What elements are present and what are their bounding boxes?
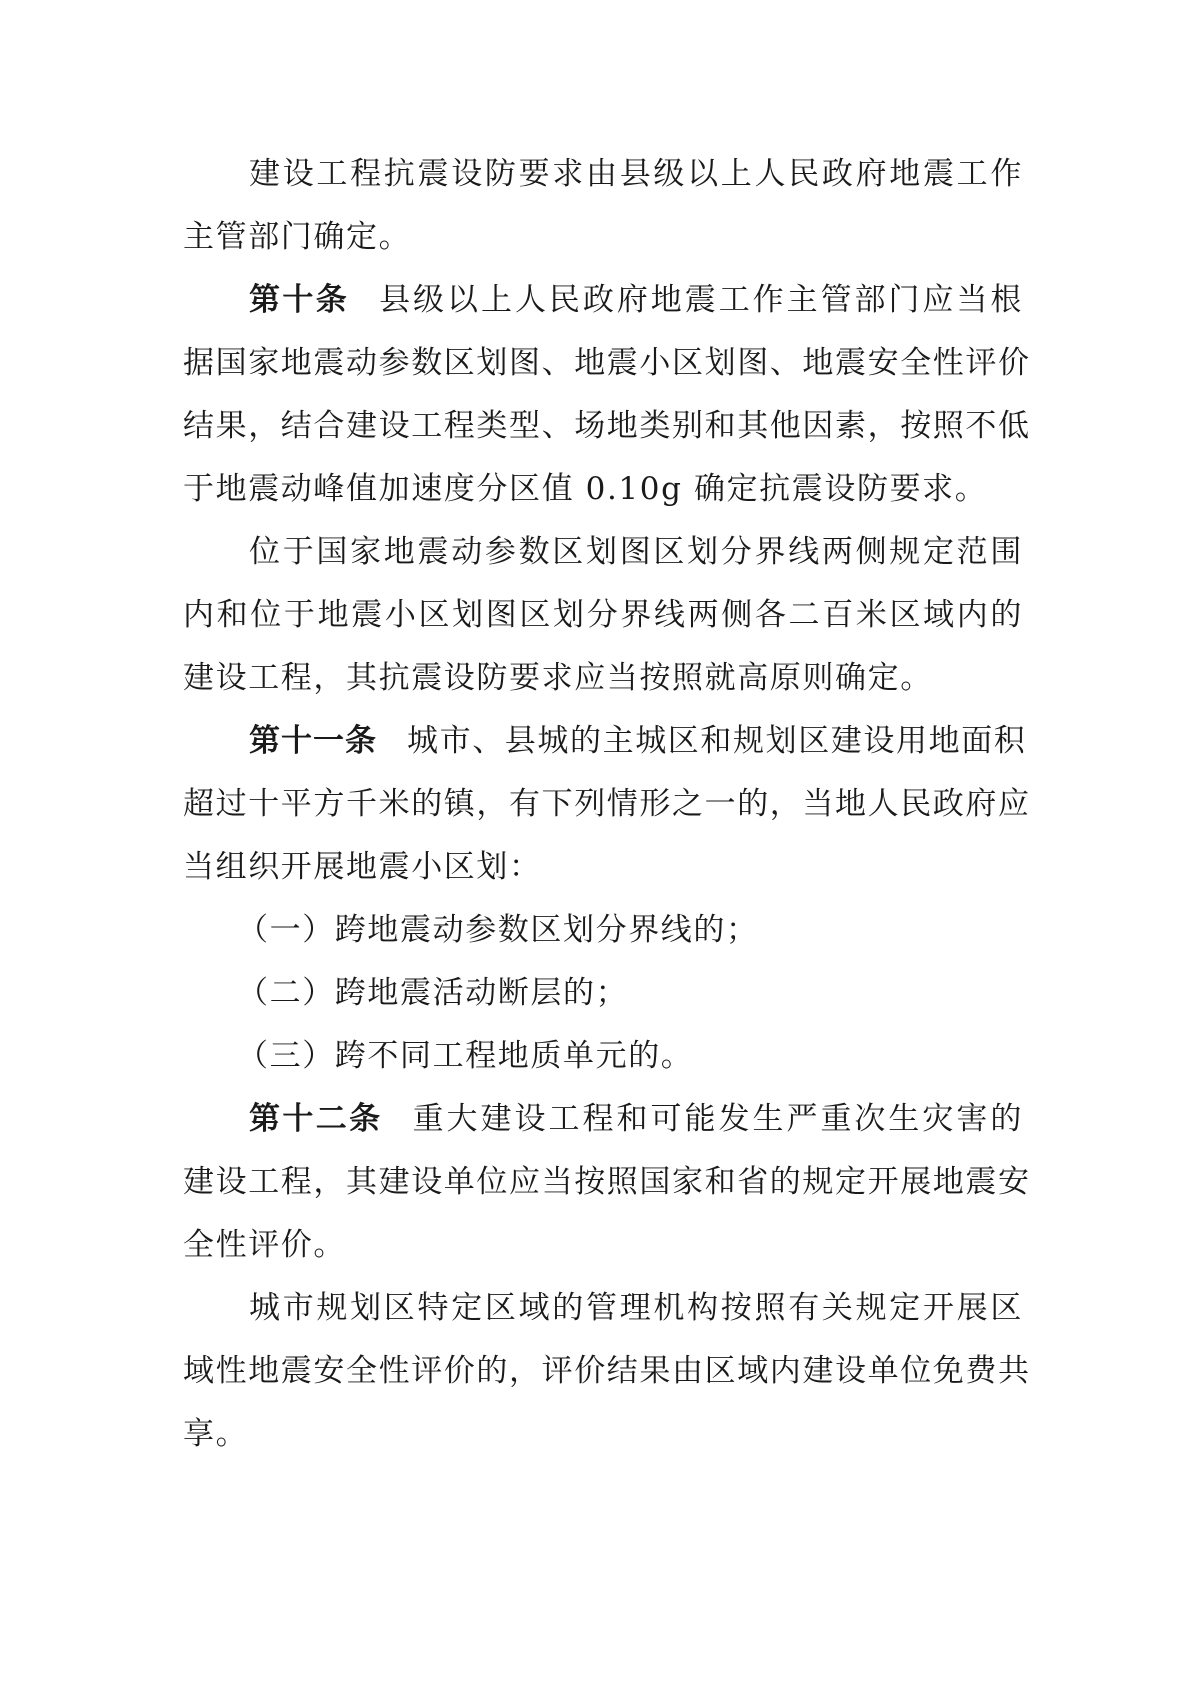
text-line: （一）跨地震动参数区划分界线的； — [183, 899, 1023, 962]
article-number: 第十条 — [249, 282, 349, 318]
article-11: 第十一条城市、县城的主城区和规划区建设用地面积 超过十平方千米的镇，有下列情形之… — [183, 710, 1023, 899]
text-line: 当组织开展地震小区划： — [183, 836, 1023, 899]
text-line: 城市规划区特定区域的管理机构按照有关规定开展区 — [183, 1277, 1023, 1340]
text-line: 享。 — [183, 1403, 1023, 1466]
text-line: 第十条县级以上人民政府地震工作主管部门应当根 — [183, 269, 1023, 332]
paragraph-regional-evaluation: 城市规划区特定区域的管理机构按照有关规定开展区 域性地震安全性评价的，评价结果由… — [183, 1277, 1023, 1466]
article-text: 重大建设工程和可能发生严重次生灾害的 — [413, 1101, 1023, 1137]
article-10: 第十条县级以上人民政府地震工作主管部门应当根 据国家地震动参数区划图、地震小区划… — [183, 269, 1023, 521]
paragraph-boundary-zones: 位于国家地震动参数区划图区划分界线两侧规定范围 内和位于地震小区划图区划分界线两… — [183, 521, 1023, 710]
article-text: 城市、县城的主城区和规划区建设用地面积 — [407, 723, 1026, 759]
text-line: 据国家地震动参数区划图、地震小区划图、地震安全性评价 — [183, 332, 1023, 395]
text-line: 第十二条重大建设工程和可能发生严重次生灾害的 — [183, 1088, 1023, 1151]
text-line: 域性地震安全性评价的，评价结果由区域内建设单位免费共 — [183, 1340, 1023, 1403]
article-number: 第十二条 — [249, 1101, 383, 1137]
text-line: （二）跨地震活动断层的； — [183, 962, 1023, 1025]
text-line: 超过十平方千米的镇，有下列情形之一的，当地人民政府应 — [183, 773, 1023, 836]
document-page: 建设工程抗震设防要求由县级以上人民政府地震工作 主管部门确定。 第十条县级以上人… — [183, 143, 1023, 1466]
list-item-3: （三）跨不同工程地质单元的。 — [183, 1025, 1023, 1088]
text-line: 内和位于地震小区划图区划分界线两侧各二百米区域内的 — [183, 584, 1023, 647]
text-line: 建设工程，其建设单位应当按照国家和省的规定开展地震安 — [183, 1151, 1023, 1214]
paragraph-seismic-requirement-authority: 建设工程抗震设防要求由县级以上人民政府地震工作 主管部门确定。 — [183, 143, 1023, 269]
article-number: 第十一条 — [249, 723, 377, 759]
text-line: 建设工程，其抗震设防要求应当按照就高原则确定。 — [183, 647, 1023, 710]
text-line: （三）跨不同工程地质单元的。 — [183, 1025, 1023, 1088]
text-line: 结果，结合建设工程类型、场地类别和其他因素，按照不低 — [183, 395, 1023, 458]
list-item-2: （二）跨地震活动断层的； — [183, 962, 1023, 1025]
text-line: 于地震动峰值加速度分区值 0.10g 确定抗震设防要求。 — [183, 458, 1023, 521]
text-line: 全性评价。 — [183, 1214, 1023, 1277]
text-line: 建设工程抗震设防要求由县级以上人民政府地震工作 — [183, 143, 1023, 206]
text-line: 位于国家地震动参数区划图区划分界线两侧规定范围 — [183, 521, 1023, 584]
text-line: 第十一条城市、县城的主城区和规划区建设用地面积 — [183, 710, 1023, 773]
article-12: 第十二条重大建设工程和可能发生严重次生灾害的 建设工程，其建设单位应当按照国家和… — [183, 1088, 1023, 1277]
list-item-1: （一）跨地震动参数区划分界线的； — [183, 899, 1023, 962]
article-text: 县级以上人民政府地震工作主管部门应当根 — [379, 282, 1023, 318]
text-line: 主管部门确定。 — [183, 206, 1023, 269]
